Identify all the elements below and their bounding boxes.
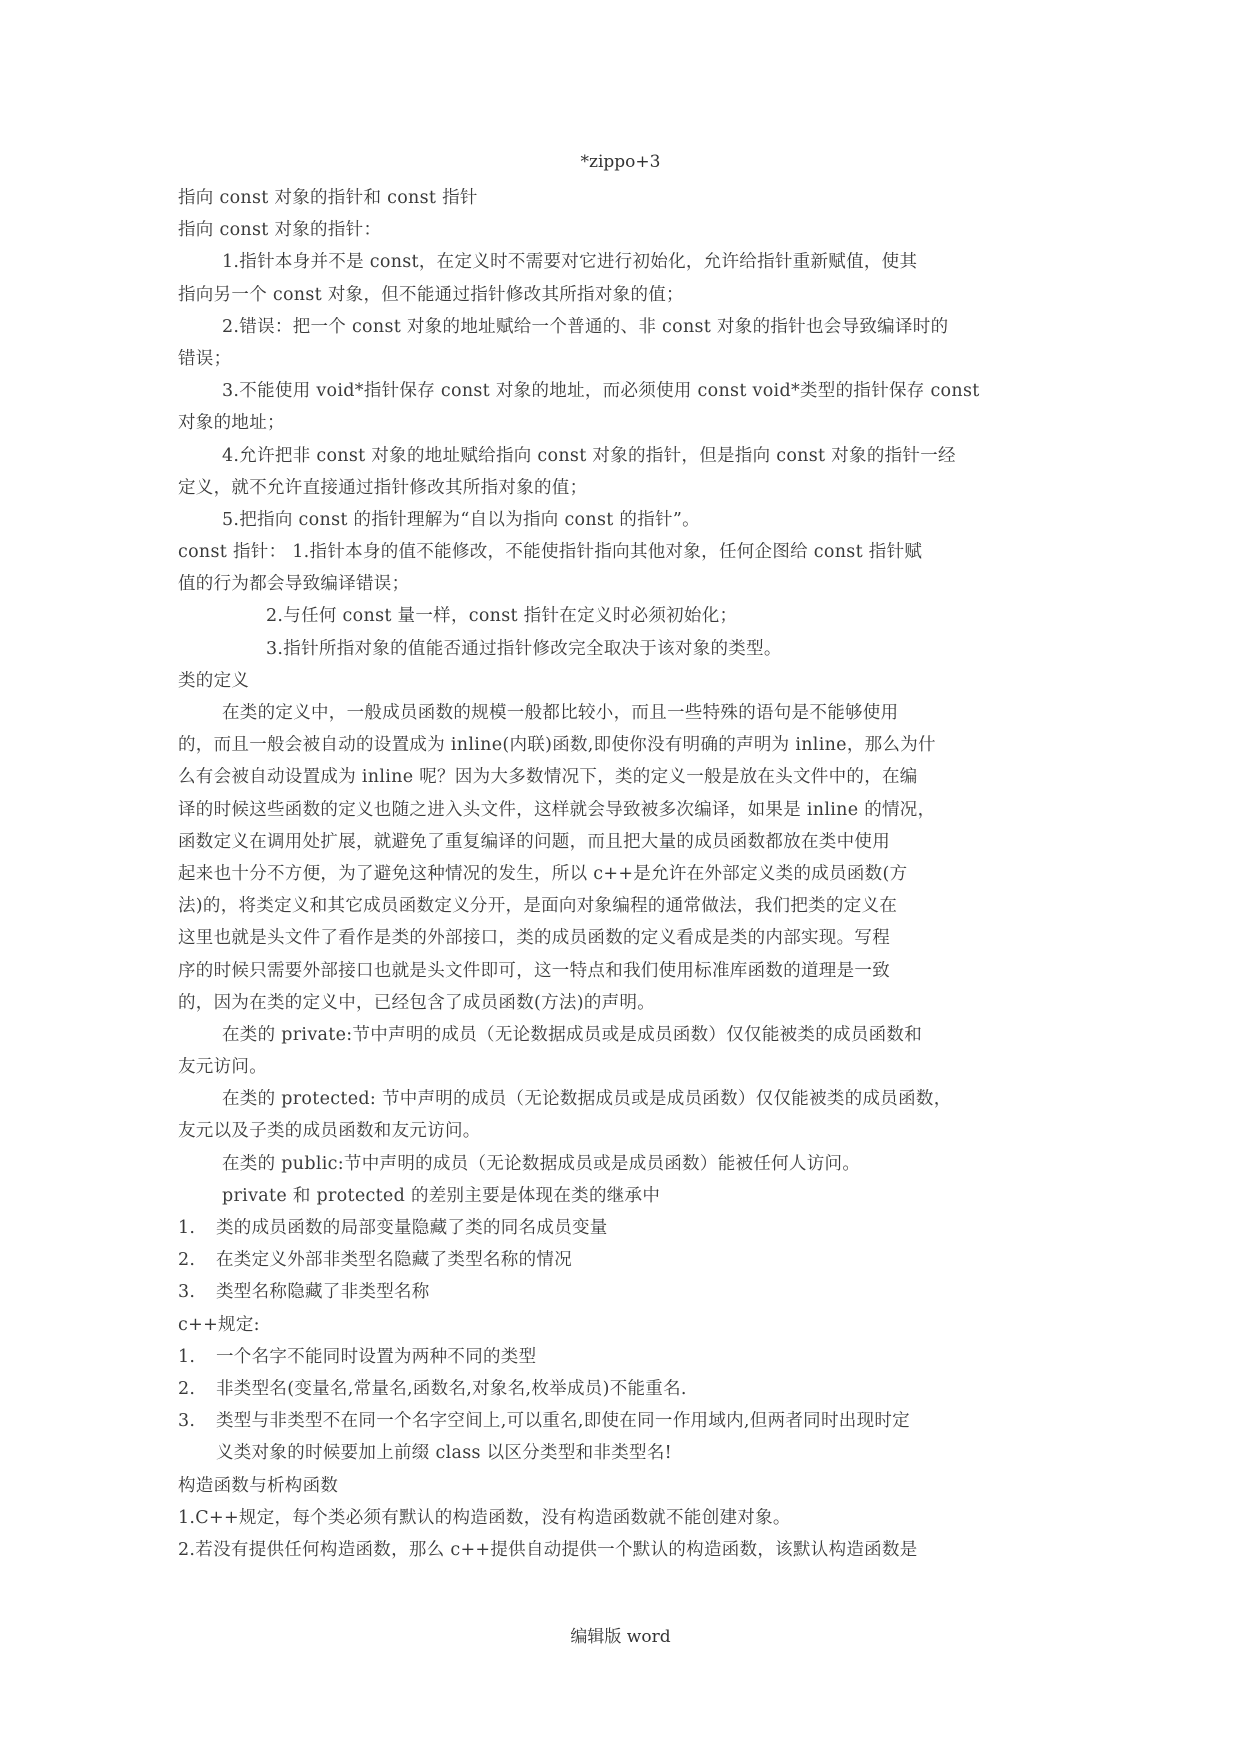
list-number: 2.: [178, 1373, 216, 1405]
list-number: 3.: [178, 1405, 216, 1437]
paragraph-line: 2.若没有提供任何构造函数，那么 c++提供自动提供一个默认的构造函数，该默认构…: [178, 1534, 1078, 1566]
list-text: 在类定义外部非类型名隐藏了类型名称的情况: [216, 1244, 572, 1276]
section-title-const-pointers: 指向 const 对象的指针和 const 指针: [178, 182, 1078, 214]
list-number: 1.: [178, 1212, 216, 1244]
paragraph-line: 么有会被自动设置成为 inline 呢？因为大多数情况下，类的定义一般是放在头文…: [178, 761, 1078, 793]
list-item: 3. 类型与非类型不在同一个名字空间上,可以重名,即使在同一作用域内,但两者同时…: [178, 1405, 1078, 1437]
list-number: 2.: [178, 1244, 216, 1276]
list-item: 1. 一个名字不能同时设置为两种不同的类型: [178, 1341, 1078, 1373]
paragraph-line: 在类的 protected: 节中声明的成员（无论数据成员或是成员函数）仅仅能被…: [178, 1083, 1078, 1115]
paragraph-line: 起来也十分不方便，为了避免这种情况的发生，所以 c++是允许在外部定义类的成员函…: [178, 858, 1078, 890]
list-text: 类的成员函数的局部变量隐藏了类的同名成员变量: [216, 1212, 608, 1244]
rules-list: 1. 一个名字不能同时设置为两种不同的类型 2. 非类型名(变量名,常量名,函数…: [178, 1341, 1078, 1470]
paragraph-line: 函数定义在调用处扩展，就避免了重复编译的问题，而且把大量的成员函数都放在类中使用: [178, 826, 1078, 858]
paragraph-line: 定义，就不允许直接通过指针修改其所指对象的值；: [178, 472, 1078, 504]
paragraph-line: 5.把指向 const 的指针理解为“自以为指向 const 的指针”。: [178, 504, 1078, 536]
paragraph-line: 友元访问。: [178, 1051, 1078, 1083]
paragraph-line: const 指针： 1.指针本身的值不能修改，不能使指针指向其他对象，任何企图给…: [178, 536, 1078, 568]
subsection-title: 指向 const 对象的指针：: [178, 214, 1078, 246]
list-text: 类型名称隐藏了非类型名称: [216, 1276, 430, 1308]
paragraph-line: 序的时候只需要外部接口也就是头文件即可，这一特点和我们使用标准库函数的道理是一致: [178, 955, 1078, 987]
paragraph-line: private 和 protected 的差别主要是体现在类的继承中: [178, 1180, 1078, 1212]
paragraph-line: 的，因为在类的定义中，已经包含了成员函数(方法)的声明。: [178, 987, 1078, 1019]
document-body: 指向 const 对象的指针和 const 指针 指向 const 对象的指针：…: [178, 182, 1078, 1566]
section-title-class-definition: 类的定义: [178, 665, 1078, 697]
list-text: 一个名字不能同时设置为两种不同的类型: [216, 1341, 536, 1373]
list-text: 类型与非类型不在同一个名字空间上,可以重名,即使在同一作用域内,但两者同时出现时…: [216, 1405, 910, 1437]
paragraph-line: 错误；: [178, 343, 1078, 375]
paragraph-line: 在类的 public:节中声明的成员（无论数据成员或是成员函数）能被任何人访问。: [178, 1148, 1078, 1180]
paragraph-line: 指向另一个 const 对象，但不能通过指针修改其所指对象的值；: [178, 279, 1078, 311]
list-number: 3.: [178, 1276, 216, 1308]
list-item: 1. 类的成员函数的局部变量隐藏了类的同名成员变量: [178, 1212, 1078, 1244]
paragraph-line: 4.允许把非 const 对象的地址赋给指向 const 对象的指针，但是指向 …: [178, 440, 1078, 472]
list-text: 非类型名(变量名,常量名,函数名,对象名,枚举成员)不能重名.: [216, 1373, 687, 1405]
paragraph-line: 这里也就是头文件了看作是类的外部接口，类的成员函数的定义看成是类的内部实现。写程: [178, 922, 1078, 954]
section-title-constructors: 构造函数与析构函数: [178, 1470, 1078, 1502]
paragraph-line: 译的时候这些函数的定义也随之进入头文件，这样就会导致被多次编译，如果是 inli…: [178, 794, 1078, 826]
list-item: 2. 非类型名(变量名,常量名,函数名,对象名,枚举成员)不能重名.: [178, 1373, 1078, 1405]
paragraph-line: 2.错误：把一个 const 对象的地址赋给一个普通的、非 const 对象的指…: [178, 311, 1078, 343]
list-item: 2. 在类定义外部非类型名隐藏了类型名称的情况: [178, 1244, 1078, 1276]
paragraph-line: 值的行为都会导致编译错误；: [178, 568, 1078, 600]
paragraph-line: 2.与任何 const 量一样，const 指针在定义时必须初始化；: [178, 600, 1078, 632]
page-footer: 编辑版 word: [0, 1622, 1241, 1647]
section-title-cpp-rules: c++规定:: [178, 1309, 1078, 1341]
paragraph-line: 在类的定义中，一般成员函数的规模一般都比较小，而且一些特殊的语句是不能够使用: [178, 697, 1078, 729]
paragraph-line: 的，而且一般会被自动的设置成为 inline(内联)函数,即使你没有明确的声明为…: [178, 729, 1078, 761]
list-item-continuation: 义类对象的时候要加上前缀 class 以区分类型和非类型名!: [178, 1437, 1078, 1469]
page-header: *zippo+3: [0, 152, 1241, 172]
hiding-list: 1. 类的成员函数的局部变量隐藏了类的同名成员变量 2. 在类定义外部非类型名隐…: [178, 1212, 1078, 1309]
list-number: 1.: [178, 1341, 216, 1373]
paragraph-line: 1.C++规定，每个类必须有默认的构造函数，没有构造函数就不能创建对象。: [178, 1502, 1078, 1534]
paragraph-line: 在类的 private:节中声明的成员（无论数据成员或是成员函数）仅仅能被类的成…: [178, 1019, 1078, 1051]
paragraph-line: 友元以及子类的成员函数和友元访问。: [178, 1115, 1078, 1147]
paragraph-line: 3.指针所指对象的值能否通过指针修改完全取决于该对象的类型。: [178, 633, 1078, 665]
paragraph-line: 法)的，将类定义和其它成员函数定义分开，是面向对象编程的通常做法，我们把类的定义…: [178, 890, 1078, 922]
paragraph-line: 3.不能使用 void*指针保存 const 对象的地址，而必须使用 const…: [178, 375, 1078, 407]
paragraph-line: 1.指针本身并不是 const，在定义时不需要对它进行初始化，允许给指针重新赋值…: [178, 246, 1078, 278]
list-item: 3. 类型名称隐藏了非类型名称: [178, 1276, 1078, 1308]
paragraph-line: 对象的地址；: [178, 407, 1078, 439]
